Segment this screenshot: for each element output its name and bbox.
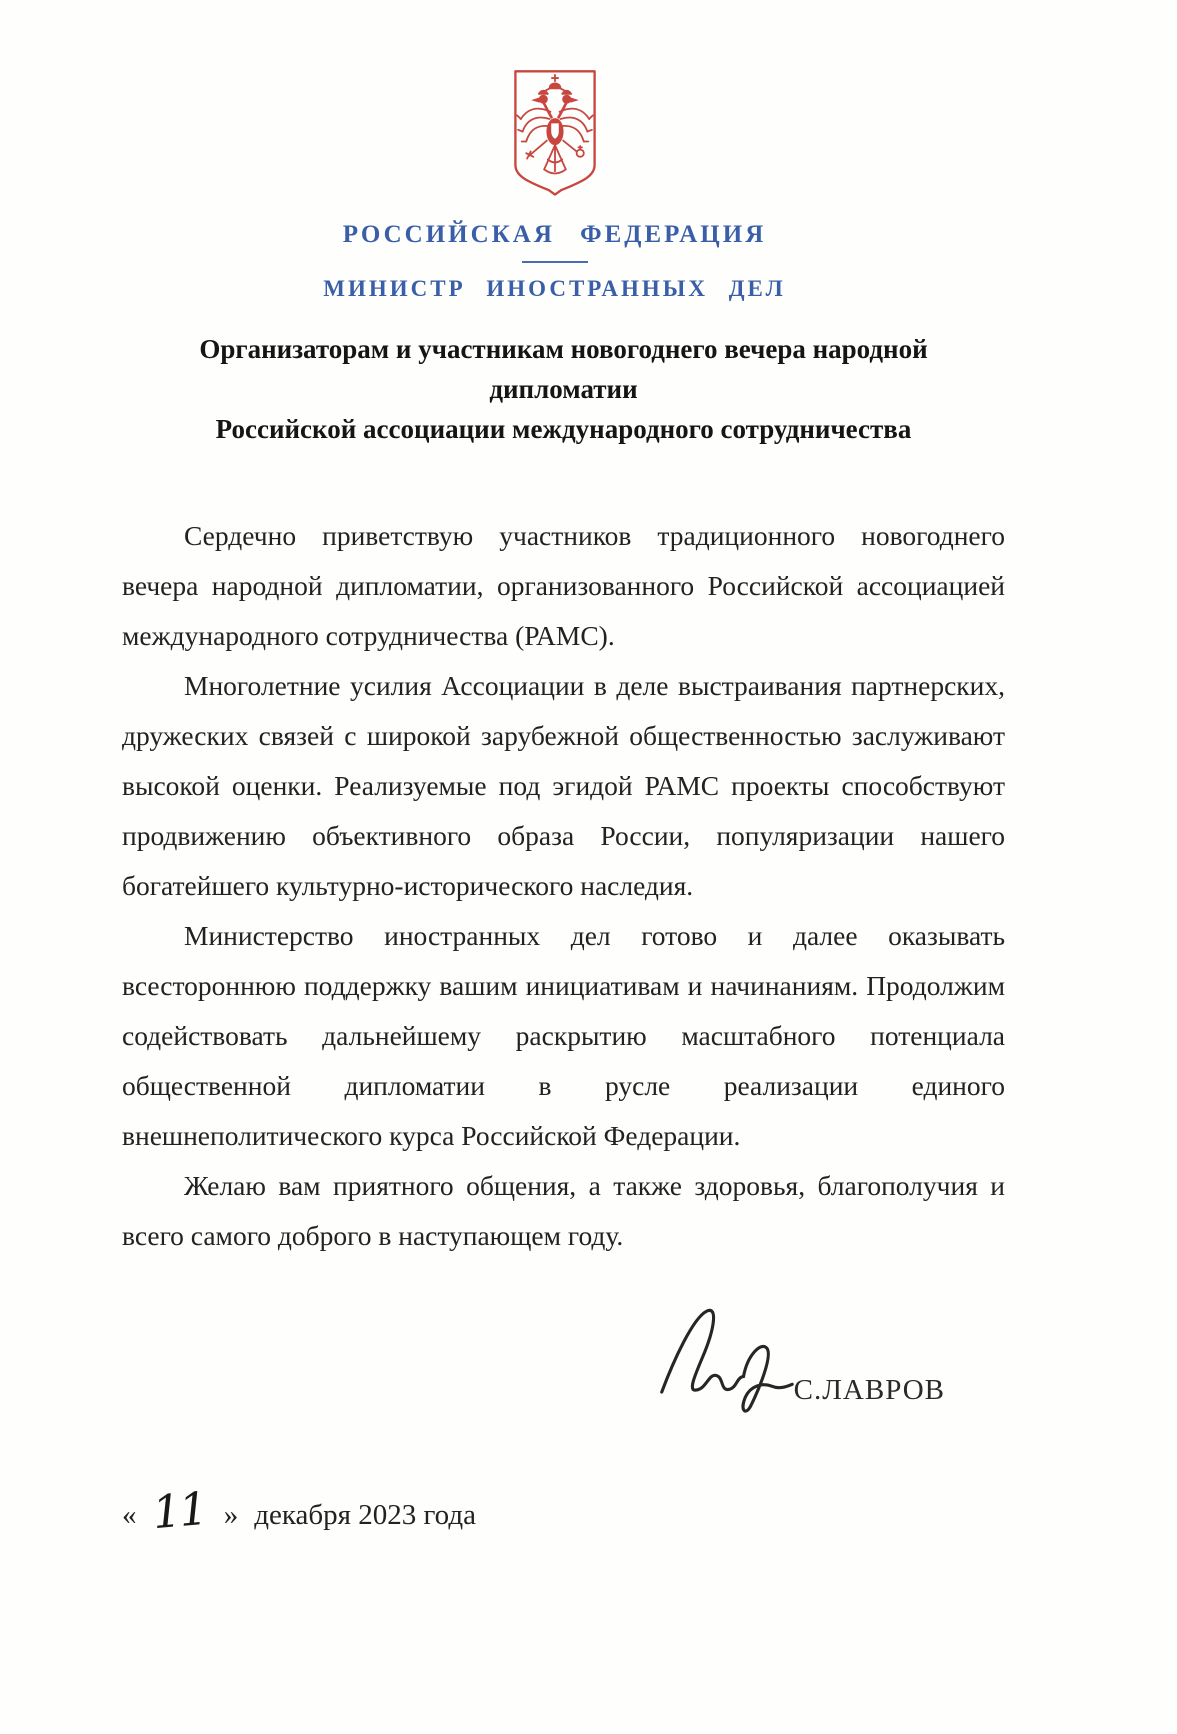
letterhead-minister-line: МИНИСТР ИНОСТРАННЫХ ДЕЛ [0, 275, 1109, 303]
paragraph-ministry-support: Министерство иностранных дел готово и да… [122, 911, 1005, 1161]
paragraph-wishes: Желаю вам приятного общения, а также здо… [122, 1161, 1005, 1261]
handwritten-day: 11 [150, 1486, 207, 1535]
letter-body: Сердечно приветствую участников традицио… [122, 511, 1005, 1261]
heading-line-2: Российской ассоциации международного сот… [122, 409, 1005, 449]
scanned-letter-page: РОССИЙСКАЯ ФЕДЕРАЦИЯ МИНИСТР ИНОСТРАННЫХ… [0, 0, 1177, 1734]
close-quote-mark: » [224, 1499, 239, 1532]
open-quote-mark: « [122, 1499, 137, 1532]
letter-heading: Организаторам и участникам новогоднего в… [122, 329, 1005, 449]
date-line: « 11 » декабря 2023 года [0, 1493, 1177, 1538]
letter-content: Организаторам и участникам новогоднего в… [0, 329, 1177, 1431]
letterhead-country-line: РОССИЙСКАЯ ФЕДЕРАЦИЯ [0, 220, 1109, 250]
heading-line-1: Организаторам и участникам новогоднего в… [122, 329, 1005, 409]
paragraph-greeting: Сердечно приветствую участников традицио… [122, 511, 1005, 661]
russia-coat-of-arms-icon [501, 64, 609, 206]
date-text: декабря 2023 года [254, 1499, 476, 1532]
paragraph-association-praise: Многолетние усилия Ассоциации в деле выс… [122, 661, 1005, 911]
letterhead-divider [522, 261, 588, 263]
signature-block: С.ЛАВРОВ [122, 1301, 1005, 1431]
signatory-name: С.ЛАВРОВ [794, 1374, 945, 1407]
letterhead: РОССИЙСКАЯ ФЕДЕРАЦИЯ МИНИСТР ИНОСТРАННЫХ… [0, 0, 1177, 303]
